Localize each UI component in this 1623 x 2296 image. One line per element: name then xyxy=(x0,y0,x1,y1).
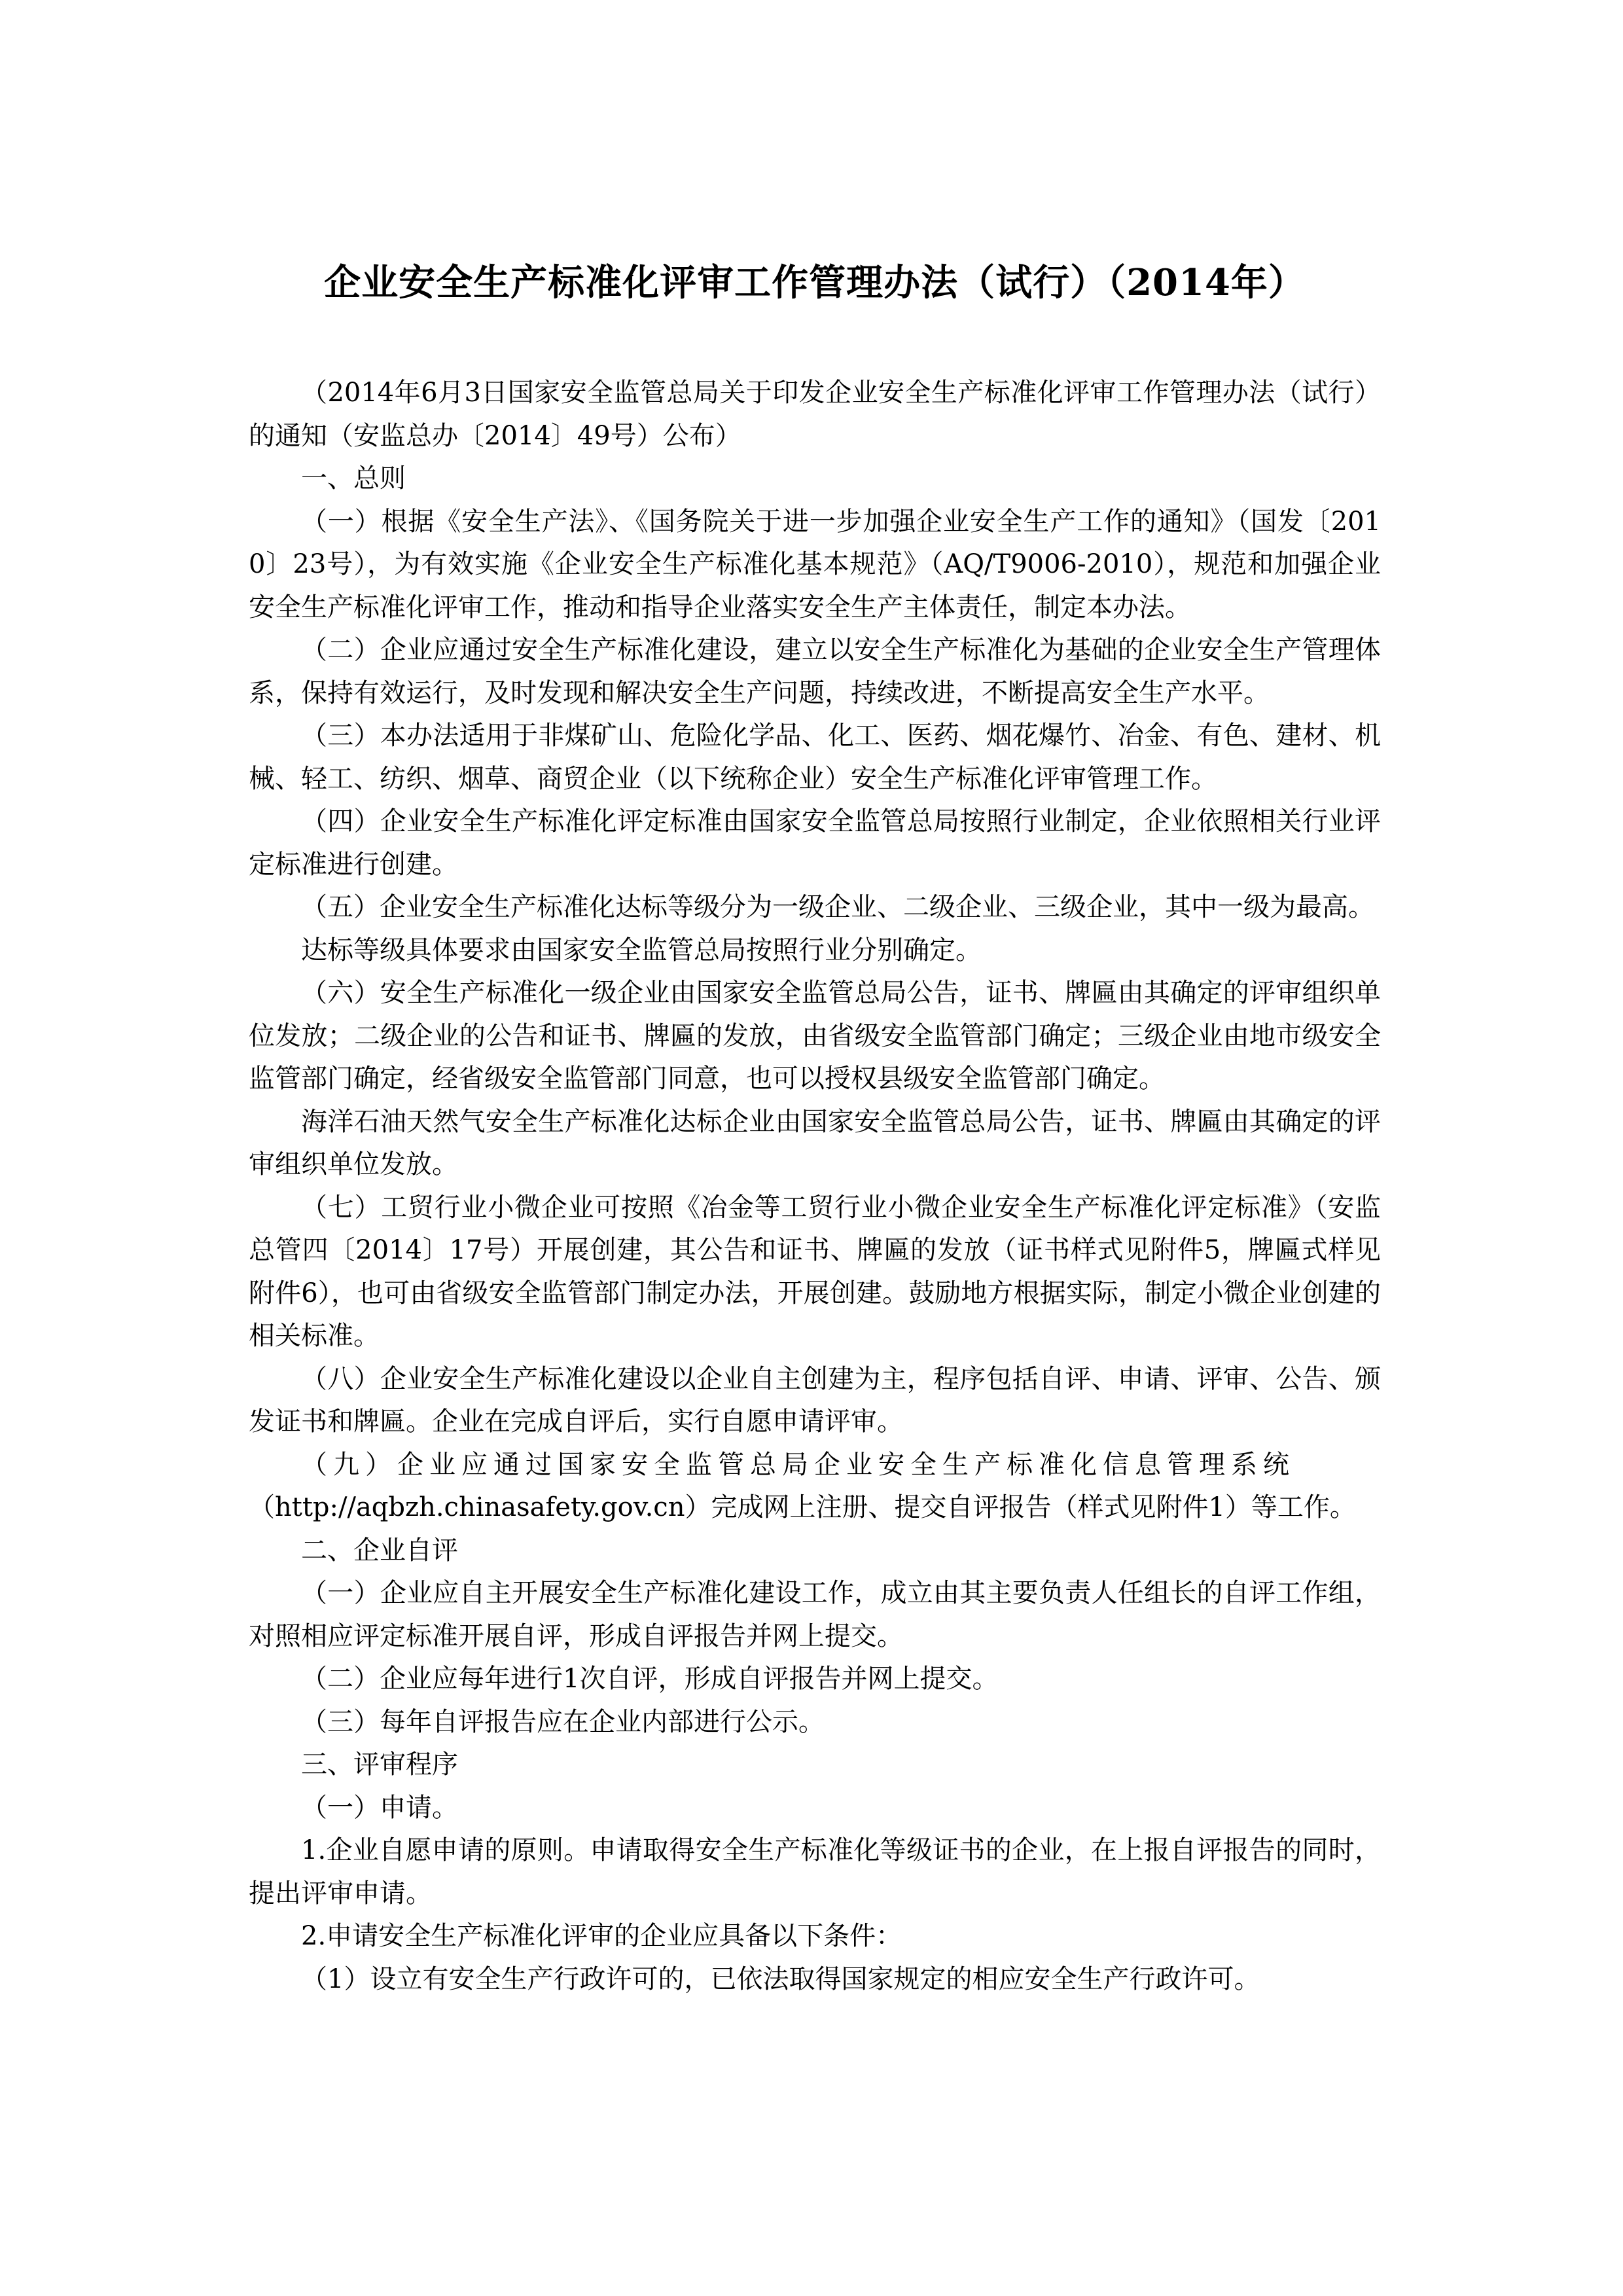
paragraph: （一）根据《安全生产法》、《国务院关于进一步加强企业安全生产工作的通知》（国发〔… xyxy=(249,501,1381,630)
paragraph: （一）申请。 xyxy=(249,1787,1381,1830)
paragraph: （七）工贸行业小微企业可按照《冶金等工贸行业小微企业安全生产标准化评定标准》（安… xyxy=(249,1187,1381,1358)
section-heading-review-procedure: 三、评审程序 xyxy=(249,1744,1381,1787)
paragraph: 2.申请安全生产标准化评审的企业应具备以下条件： xyxy=(249,1915,1381,1958)
paragraph: （三）本办法适用于非煤矿山、危险化学品、化工、医药、烟花爆竹、冶金、有色、建材、… xyxy=(249,715,1381,800)
paragraph: 海洋石油天然气安全生产标准化达标企业由国家安全监管总局公告，证书、牌匾由其确定的… xyxy=(249,1101,1381,1187)
section-heading-general: 一、总则 xyxy=(249,457,1381,501)
document-body: （2014年6月3日国家安全监管总局关于印发企业安全生产标准化评审工作管理办法（… xyxy=(249,372,1381,2001)
paragraph: （一）企业应自主开展安全生产标准化建设工作，成立由其主要负责人任组长的自评工作组… xyxy=(249,1572,1381,1658)
section-heading-self-assessment: 二、企业自评 xyxy=(249,1530,1381,1573)
paragraph: 达标等级具体要求由国家安全监管总局按照行业分别确定。 xyxy=(249,929,1381,973)
paragraph: （四）企业安全生产标准化评定标准由国家安全监管总局按照行业制定，企业依照相关行业… xyxy=(249,800,1381,886)
paragraph: （二）企业应通过安全生产标准化建设，建立以安全生产标准化为基础的企业安全生产管理… xyxy=(249,629,1381,715)
paragraph: （八）企业安全生产标准化建设以企业自主创建为主，程序包括自评、申请、评审、公告、… xyxy=(249,1358,1381,1444)
document-title: 企业安全生产标准化评审工作管理办法（试行）（2014年） xyxy=(275,257,1355,309)
paragraph: （六）安全生产标准化一级企业由国家安全监管总局公告，证书、牌匾由其确定的评审组织… xyxy=(249,972,1381,1101)
paragraph: （二）企业应每年进行1次自评，形成自评报告并网上提交。 xyxy=(249,1658,1381,1701)
paragraph: （五）企业安全生产标准化达标等级分为一级企业、二级企业、三级企业，其中一级为最高… xyxy=(249,886,1381,929)
paragraph: 1.企业自愿申请的原则。申请取得安全生产标准化等级证书的企业，在上报自评报告的同… xyxy=(249,1829,1381,1915)
paragraph: （1）设立有安全生产行政许可的，已依法取得国家规定的相应安全生产行政许可。 xyxy=(249,1958,1381,2001)
paragraph: （九）企业应通过国家安全监管总局企业安全生产标准化信息管理系统 xyxy=(249,1444,1381,1487)
paragraph-url-line: （http://aqbzh.chinasafety.gov.cn）完成网上注册、… xyxy=(249,1486,1381,1530)
paragraph: （三）每年自评报告应在企业内部进行公示。 xyxy=(249,1701,1381,1744)
source-note: （2014年6月3日国家安全监管总局关于印发企业安全生产标准化评审工作管理办法（… xyxy=(249,372,1381,457)
